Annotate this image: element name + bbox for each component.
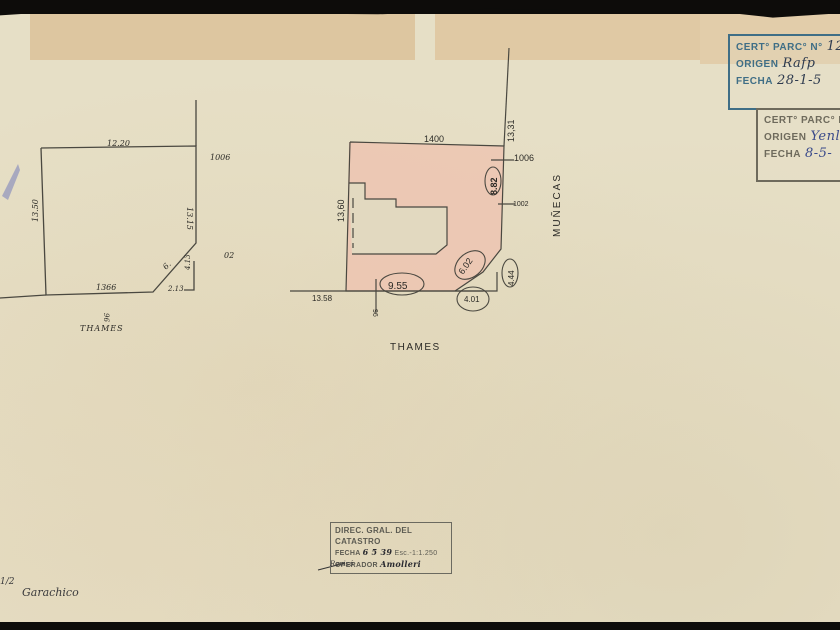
dimension-label: 13.50 [31, 199, 40, 222]
stamp-label: CERT° PARC° N° [764, 115, 840, 126]
lot-number: 1002 [513, 201, 529, 208]
street-name: MUÑECAS [550, 173, 563, 237]
stamp-scale: Esc.-1:1.250 [395, 550, 438, 557]
certificate-stamp-gray: CERT° PARC° N° ORIGENYenl FECHA8-5- [756, 108, 840, 182]
dimension-label: 12.20 [107, 139, 130, 148]
stamp-label: CERT° PARC° N° [736, 42, 823, 53]
stamp-value: 6 5 39 [363, 547, 393, 557]
dimension-label: 1366 [96, 283, 116, 292]
stamp-label: FECHA [736, 76, 773, 87]
signature: Garachico [22, 586, 79, 599]
circled-dimension: 4.01 [464, 295, 480, 304]
stamp-value: 8-5- [805, 146, 832, 161]
dimension-label: 13.58 [312, 294, 333, 303]
lot-number: 1006 [514, 153, 534, 163]
street-name: THAMES [390, 342, 441, 353]
lot-number: 02 [224, 251, 234, 260]
lot-number: 1006 [210, 153, 230, 162]
dimension-label: 4.13 [184, 254, 192, 271]
pencil-mark [2, 164, 20, 200]
dimension-label: 13,60 [336, 199, 346, 222]
stamp-title: DIREC. GRAL. DEL CATASTRO [335, 525, 447, 547]
lot-number: 96 [371, 309, 378, 317]
circled-dimension: 9.55 [388, 281, 408, 292]
stamp-label: ORIGEN [736, 59, 778, 70]
dimension-label: 6. [161, 260, 173, 272]
dimension-label: 13,31 [506, 119, 516, 142]
main-lot [290, 48, 518, 312]
certificate-stamp-blue: CERT° PARC° N°123 ORIGENRafp FECHA28-1-5 [728, 34, 840, 110]
stamp-value: Yenl [810, 129, 840, 144]
lot-number: 96 [102, 313, 110, 322]
stamp-label: FECHA [335, 550, 360, 557]
stamp-value: 28-1-5 [777, 73, 822, 88]
stamp-value: Rafp [782, 56, 815, 71]
stamp-value: Amolleri [380, 559, 421, 569]
dimension-label: 2.13 [167, 285, 184, 293]
fraction-note: 1/2 [0, 578, 14, 587]
stamp-value: 123 [827, 39, 840, 54]
street-name: THAMES [80, 324, 124, 333]
stamp-label: ORIGEN [764, 132, 806, 143]
circled-dimension: 8.82 [489, 177, 499, 195]
stamp-label: FECHA [764, 149, 801, 160]
circled-dimension: 4.44 [507, 270, 516, 286]
dimension-label: 1400 [424, 134, 444, 144]
dimension-label: 13.15 [185, 207, 194, 230]
catastro-signature: Revisó [330, 560, 353, 568]
